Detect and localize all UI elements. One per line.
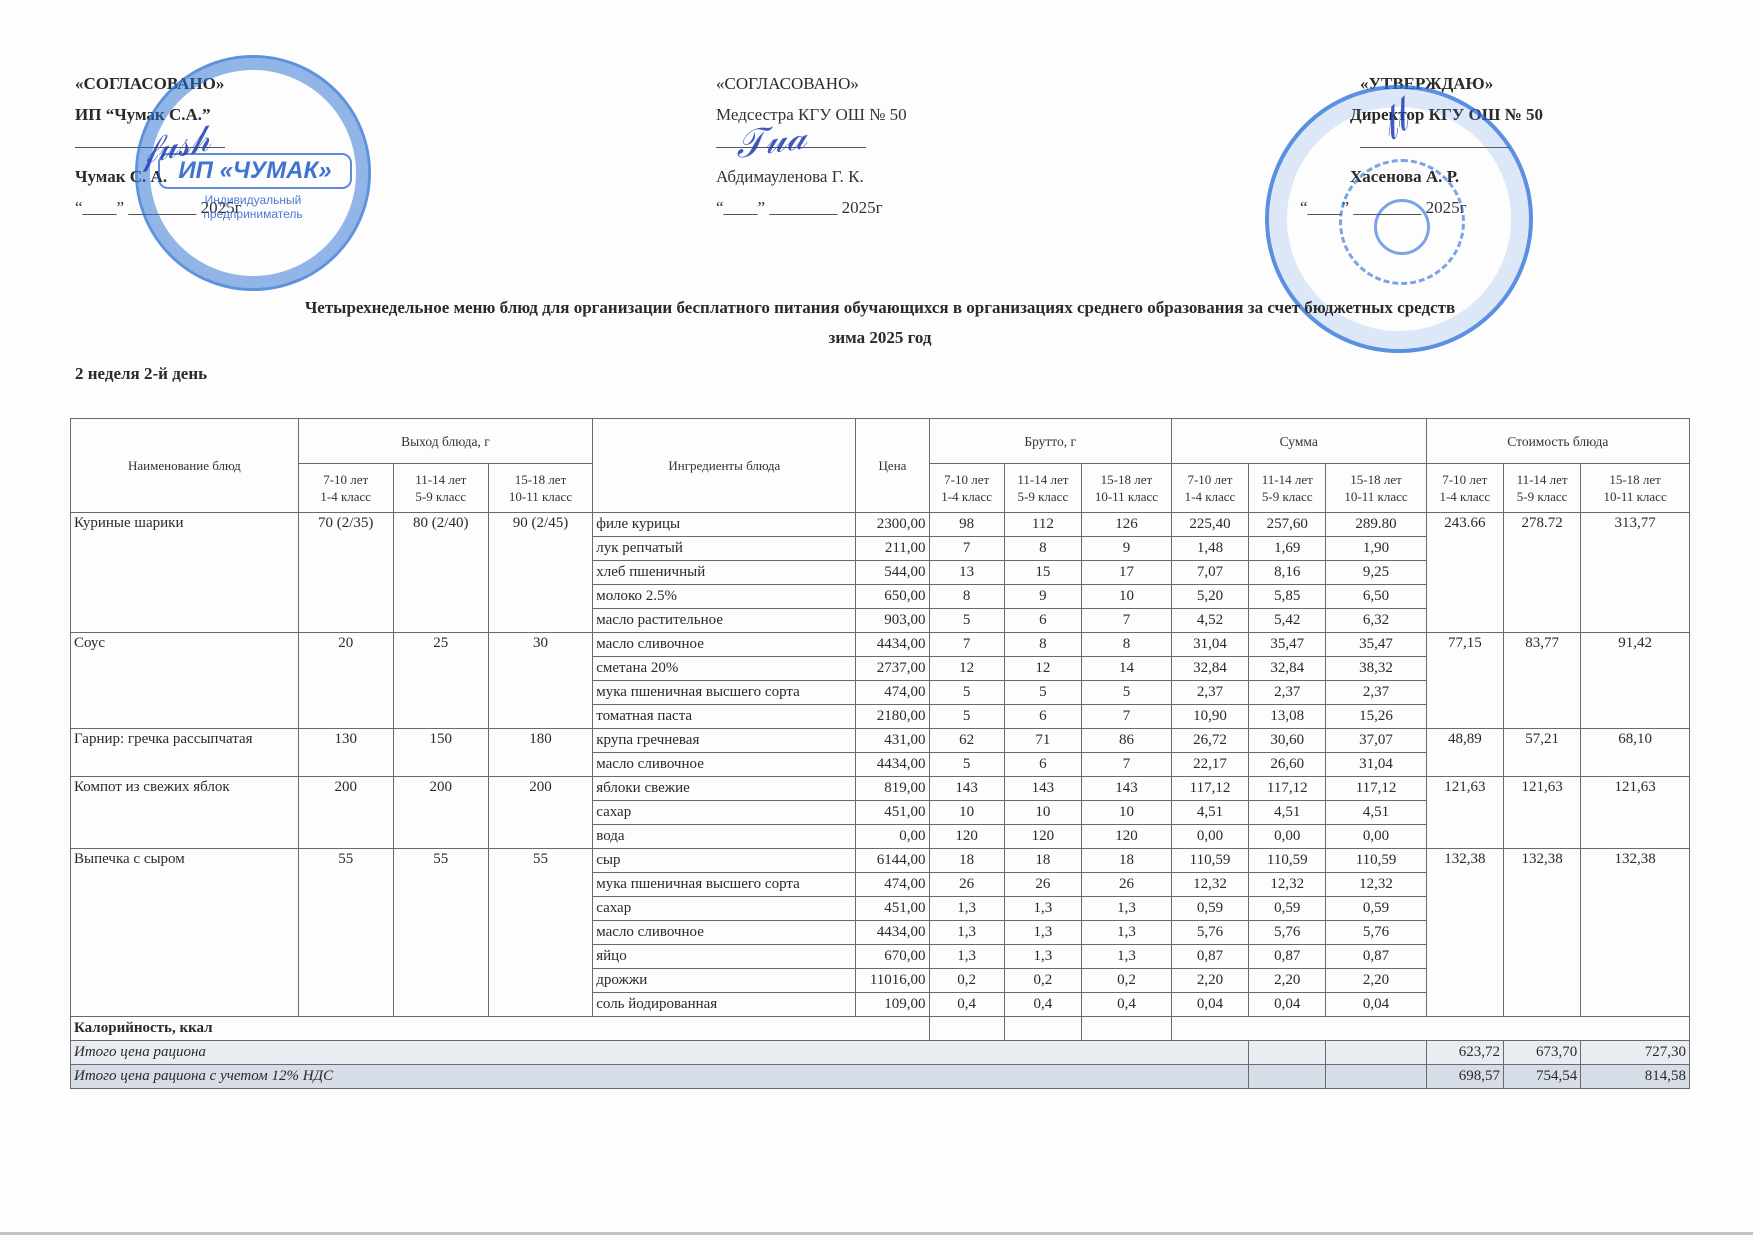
header-dish: Наименование блюд xyxy=(71,419,299,513)
ingredient-sum: 12,32 xyxy=(1171,873,1248,897)
table-row: Выпечка с сыром555555сыр6144,00181818110… xyxy=(71,849,1690,873)
ingredient-gross: 12 xyxy=(1004,657,1081,681)
ingredient-sum: 2,37 xyxy=(1171,681,1248,705)
ingredient-sum: 1,69 xyxy=(1249,537,1326,561)
calories-empty xyxy=(1171,1017,1689,1041)
ingredient-sum: 4,51 xyxy=(1171,801,1248,825)
approval-org: Медсестра КГУ ОШ № 50 xyxy=(716,99,907,130)
ingredient-name: томатная паста xyxy=(593,705,856,729)
ingredient-gross: 9 xyxy=(1004,585,1081,609)
dish-cost: 77,15 xyxy=(1426,633,1503,729)
ingredient-sum: 0,87 xyxy=(1249,945,1326,969)
ingredient-sum: 1,90 xyxy=(1326,537,1426,561)
header-gross-age-2: 11-14 лет5-9 класс xyxy=(1004,464,1081,513)
ingredient-sum: 110,59 xyxy=(1326,849,1426,873)
ingredient-sum: 0,00 xyxy=(1326,825,1426,849)
ingredient-gross: 1,3 xyxy=(1082,897,1172,921)
ingredient-gross: 18 xyxy=(1004,849,1081,873)
dish-yield: 130 xyxy=(298,729,393,777)
total-value: 673,70 xyxy=(1503,1041,1580,1065)
ingredient-gross: 26 xyxy=(1082,873,1172,897)
ingredient-price: 650,00 xyxy=(856,585,929,609)
ingredient-gross: 143 xyxy=(1004,777,1081,801)
total-empty xyxy=(1326,1041,1426,1065)
ingredient-sum: 117,12 xyxy=(1171,777,1248,801)
ingredient-sum: 0,59 xyxy=(1249,897,1326,921)
ingredient-name: сметана 20% xyxy=(593,657,856,681)
ingredient-name: молоко 2.5% xyxy=(593,585,856,609)
dish-yield: 150 xyxy=(393,729,488,777)
ingredient-price: 544,00 xyxy=(856,561,929,585)
ingredient-sum: 6,32 xyxy=(1326,609,1426,633)
header-gross: Брутто, г xyxy=(929,419,1171,464)
ingredient-gross: 8 xyxy=(1004,633,1081,657)
ingredient-gross: 1,3 xyxy=(1004,945,1081,969)
ingredient-sum: 8,16 xyxy=(1249,561,1326,585)
dish-yield: 90 (2/45) xyxy=(488,513,592,633)
dish-yield: 80 (2/40) xyxy=(393,513,488,633)
total-row: Итого цена рациона623,72673,70727,30 xyxy=(71,1041,1690,1065)
ingredient-gross: 8 xyxy=(1004,537,1081,561)
total-value: 727,30 xyxy=(1581,1041,1690,1065)
approval-date: “____” ________ 2025г xyxy=(716,192,907,223)
approval-org: ИП “Чумак С.А.” xyxy=(75,99,242,130)
ingredient-gross: 1,3 xyxy=(1004,897,1081,921)
dish-yield: 200 xyxy=(298,777,393,849)
ingredient-sum: 12,32 xyxy=(1249,873,1326,897)
ingredient-name: масло растительное xyxy=(593,609,856,633)
ingredient-sum: 35,47 xyxy=(1249,633,1326,657)
age-label: 11-14 лет xyxy=(1252,471,1322,488)
dish-cost: 132,38 xyxy=(1503,849,1580,1017)
table-row: Соус202530масло сливочное4434,0078831,04… xyxy=(71,633,1690,657)
ingredient-name: вода xyxy=(593,825,856,849)
grade-label: 10-11 класс xyxy=(1584,488,1686,505)
ingredient-sum: 5,85 xyxy=(1249,585,1326,609)
dish-name: Выпечка с сыром xyxy=(71,849,299,1017)
ingredient-gross: 10 xyxy=(1004,801,1081,825)
ingredient-gross: 1,3 xyxy=(1082,945,1172,969)
age-label: 15-18 лет xyxy=(1329,471,1422,488)
ingredient-gross: 7 xyxy=(929,537,1004,561)
ingredient-price: 4434,00 xyxy=(856,753,929,777)
ingredient-price: 451,00 xyxy=(856,897,929,921)
ingredient-gross: 5 xyxy=(1082,681,1172,705)
ingredient-sum: 22,17 xyxy=(1171,753,1248,777)
header-yield-age-2: 11-14 лет5-9 класс xyxy=(393,464,488,513)
total-label: Итого цена рациона xyxy=(71,1041,1249,1065)
ingredient-sum: 5,42 xyxy=(1249,609,1326,633)
ingredient-gross: 143 xyxy=(929,777,1004,801)
ingredient-sum: 117,12 xyxy=(1249,777,1326,801)
approval-block-middle: «СОГЛАСОВАНО» Медсестра КГУ ОШ № 50 Абди… xyxy=(716,68,907,223)
ingredient-sum: 31,04 xyxy=(1326,753,1426,777)
ingredient-gross: 18 xyxy=(929,849,1004,873)
total-vat-row: Итого цена рациона с учетом 12% НДС698,5… xyxy=(71,1065,1690,1089)
header-cost-age-3: 15-18 лет10-11 класс xyxy=(1581,464,1690,513)
header-cost: Стоимость блюда xyxy=(1426,419,1689,464)
dish-cost: 68,10 xyxy=(1581,729,1690,777)
ingredient-gross: 5 xyxy=(929,609,1004,633)
ingredient-price: 2737,00 xyxy=(856,657,929,681)
ingredient-gross: 5 xyxy=(929,753,1004,777)
ingredient-sum: 2,37 xyxy=(1249,681,1326,705)
ingredient-gross: 5 xyxy=(1004,681,1081,705)
dish-yield: 30 xyxy=(488,633,592,729)
header-yield-age-3: 15-18 лет10-11 класс xyxy=(488,464,592,513)
title-line-2: зима 2025 год xyxy=(70,323,1690,353)
ingredient-price: 431,00 xyxy=(856,729,929,753)
ingredient-gross: 126 xyxy=(1082,513,1172,537)
ingredient-price: 109,00 xyxy=(856,993,929,1017)
dish-cost: 132,38 xyxy=(1581,849,1690,1017)
ingredient-gross: 1,3 xyxy=(929,897,1004,921)
ingredient-sum: 2,20 xyxy=(1249,969,1326,993)
signature-line xyxy=(716,146,866,148)
ingredient-price: 451,00 xyxy=(856,801,929,825)
ingredient-name: хлеб пшеничный xyxy=(593,561,856,585)
ingredient-gross: 98 xyxy=(929,513,1004,537)
header-yield-age-1: 7-10 лет1-4 класс xyxy=(298,464,393,513)
dish-yield: 55 xyxy=(393,849,488,1017)
ingredient-name: мука пшеничная высшего сорта xyxy=(593,681,856,705)
table-row: Гарнир: гречка рассыпчатая130150180крупа… xyxy=(71,729,1690,753)
ingredient-sum: 9,25 xyxy=(1326,561,1426,585)
dish-cost: 91,42 xyxy=(1581,633,1690,729)
dish-yield: 20 xyxy=(298,633,393,729)
calories-value xyxy=(929,1017,1004,1041)
menu-table: Наименование блюд Выход блюда, г Ингреди… xyxy=(70,418,1690,1089)
total-vat-label: Итого цена рациона с учетом 12% НДС xyxy=(71,1065,1249,1089)
ingredient-name: масло сливочное xyxy=(593,921,856,945)
ingredient-gross: 14 xyxy=(1082,657,1172,681)
approval-heading: «СОГЛАСОВАНО» xyxy=(75,68,242,99)
header-cost-age-2: 11-14 лет5-9 класс xyxy=(1503,464,1580,513)
ingredient-price: 474,00 xyxy=(856,681,929,705)
grade-label: 5-9 класс xyxy=(1507,488,1577,505)
grade-label: 5-9 класс xyxy=(397,488,485,505)
ingredient-gross: 26 xyxy=(1004,873,1081,897)
age-label: 15-18 лет xyxy=(492,471,589,488)
ingredient-price: 4434,00 xyxy=(856,921,929,945)
approval-name: Абдимауленова Г. К. xyxy=(716,161,907,192)
ingredient-gross: 6 xyxy=(1004,705,1081,729)
ingredient-sum: 5,20 xyxy=(1171,585,1248,609)
approval-block-left: «СОГЛАСОВАНО» ИП “Чумак С.А.” Чумак С. А… xyxy=(75,68,242,223)
grade-label: 1-4 класс xyxy=(302,488,390,505)
ingredient-sum: 12,32 xyxy=(1326,873,1426,897)
ingredient-sum: 5,76 xyxy=(1326,921,1426,945)
ingredient-sum: 26,60 xyxy=(1249,753,1326,777)
ingredient-gross: 143 xyxy=(1082,777,1172,801)
ingredient-price: 819,00 xyxy=(856,777,929,801)
dish-yield: 25 xyxy=(393,633,488,729)
ingredient-sum: 32,84 xyxy=(1249,657,1326,681)
ingredient-gross: 6 xyxy=(1004,609,1081,633)
grade-label: 1-4 класс xyxy=(933,488,1001,505)
ingredient-sum: 32,84 xyxy=(1171,657,1248,681)
ingredient-sum: 4,51 xyxy=(1249,801,1326,825)
ingredient-sum: 289.80 xyxy=(1326,513,1426,537)
ingredient-sum: 110,59 xyxy=(1249,849,1326,873)
calories-label: Калорийность, ккал xyxy=(71,1017,930,1041)
ingredient-name: масло сливочное xyxy=(593,753,856,777)
table-row: Компот из свежих яблок200200200яблоки св… xyxy=(71,777,1690,801)
ingredient-gross: 10 xyxy=(929,801,1004,825)
grade-label: 1-4 класс xyxy=(1175,488,1245,505)
age-label: 11-14 лет xyxy=(1008,471,1078,488)
signature-line xyxy=(75,146,225,148)
ingredient-gross: 120 xyxy=(1004,825,1081,849)
ingredient-sum: 5,76 xyxy=(1249,921,1326,945)
grade-label: 5-9 класс xyxy=(1008,488,1078,505)
dish-name: Гарнир: гречка рассыпчатая xyxy=(71,729,299,777)
ingredient-gross: 120 xyxy=(929,825,1004,849)
header-sum: Сумма xyxy=(1171,419,1426,464)
ingredient-gross: 7 xyxy=(1082,609,1172,633)
ingredient-sum: 0,59 xyxy=(1171,897,1248,921)
grade-label: 10-11 класс xyxy=(1329,488,1422,505)
ingredient-gross: 5 xyxy=(929,705,1004,729)
dish-name: Компот из свежих яблок xyxy=(71,777,299,849)
ingredient-sum: 0,87 xyxy=(1326,945,1426,969)
page-bottom-edge xyxy=(0,1232,1753,1235)
ingredient-name: соль йодированная xyxy=(593,993,856,1017)
dish-name: Куриные шарики xyxy=(71,513,299,633)
total-vat-value: 754,54 xyxy=(1503,1065,1580,1089)
dish-yield: 55 xyxy=(488,849,592,1017)
dish-cost: 313,77 xyxy=(1581,513,1690,633)
header-gross-age-3: 15-18 лет10-11 класс xyxy=(1082,464,1172,513)
ingredient-gross: 0,4 xyxy=(1004,993,1081,1017)
ingredient-sum: 37,07 xyxy=(1326,729,1426,753)
ingredient-sum: 31,04 xyxy=(1171,633,1248,657)
ingredient-sum: 7,07 xyxy=(1171,561,1248,585)
ingredient-name: мука пшеничная высшего сорта xyxy=(593,873,856,897)
dish-name: Соус xyxy=(71,633,299,729)
ingredient-name: яйцо xyxy=(593,945,856,969)
ingredient-price: 6144,00 xyxy=(856,849,929,873)
ingredient-price: 2300,00 xyxy=(856,513,929,537)
ingredient-sum: 0,04 xyxy=(1326,993,1426,1017)
age-label: 15-18 лет xyxy=(1085,471,1168,488)
approval-date: “____” ________ 2025г xyxy=(75,192,242,223)
age-label: 11-14 лет xyxy=(397,471,485,488)
ingredient-price: 11016,00 xyxy=(856,969,929,993)
ingredient-sum: 0,00 xyxy=(1171,825,1248,849)
dish-cost: 121,63 xyxy=(1581,777,1690,849)
header-ingredients: Ингредиенты блюда xyxy=(593,419,856,513)
week-day-label: 2 неделя 2-й день xyxy=(75,364,207,384)
ingredient-sum: 5,76 xyxy=(1171,921,1248,945)
header-sum-age-3: 15-18 лет10-11 класс xyxy=(1326,464,1426,513)
ingredient-sum: 30,60 xyxy=(1249,729,1326,753)
dish-cost: 243.66 xyxy=(1426,513,1503,633)
age-label: 15-18 лет xyxy=(1584,471,1686,488)
grade-label: 1-4 класс xyxy=(1430,488,1500,505)
ingredient-price: 2180,00 xyxy=(856,705,929,729)
header-cost-age-1: 7-10 лет1-4 класс xyxy=(1426,464,1503,513)
ingredient-sum: 35,47 xyxy=(1326,633,1426,657)
ingredient-sum: 2,20 xyxy=(1171,969,1248,993)
ingredient-name: масло сливочное xyxy=(593,633,856,657)
dish-yield: 70 (2/35) xyxy=(298,513,393,633)
grade-label: 5-9 класс xyxy=(1252,488,1322,505)
ingredient-price: 903,00 xyxy=(856,609,929,633)
dish-yield: 200 xyxy=(393,777,488,849)
ingredient-gross: 120 xyxy=(1082,825,1172,849)
dish-cost: 48,89 xyxy=(1426,729,1503,777)
approval-date: “____” ________ 2025г xyxy=(1300,192,1543,223)
ingredient-gross: 71 xyxy=(1004,729,1081,753)
calories-value xyxy=(1082,1017,1172,1041)
ingredient-gross: 6 xyxy=(1004,753,1081,777)
ingredient-gross: 112 xyxy=(1004,513,1081,537)
ingredient-gross: 10 xyxy=(1082,801,1172,825)
calories-row: Калорийность, ккал xyxy=(71,1017,1690,1041)
ingredient-price: 4434,00 xyxy=(856,633,929,657)
ingredient-sum: 15,26 xyxy=(1326,705,1426,729)
header-price: Цена xyxy=(856,419,929,513)
header-row-groups: Наименование блюд Выход блюда, г Ингреди… xyxy=(71,419,1690,464)
age-label: 7-10 лет xyxy=(302,471,390,488)
age-label: 7-10 лет xyxy=(1175,471,1245,488)
dish-cost: 121,63 xyxy=(1426,777,1503,849)
ingredient-sum: 1,48 xyxy=(1171,537,1248,561)
ingredient-sum: 26,72 xyxy=(1171,729,1248,753)
ingredient-gross: 26 xyxy=(929,873,1004,897)
total-value: 623,72 xyxy=(1426,1041,1503,1065)
ingredient-gross: 1,3 xyxy=(929,945,1004,969)
ingredient-gross: 7 xyxy=(929,633,1004,657)
ingredient-gross: 10 xyxy=(1082,585,1172,609)
grade-label: 10-11 класс xyxy=(1085,488,1168,505)
ingredient-gross: 18 xyxy=(1082,849,1172,873)
approval-org: Директор КГУ ОШ № 50 xyxy=(1350,99,1543,130)
ingredient-gross: 9 xyxy=(1082,537,1172,561)
header-sum-age-2: 11-14 лет5-9 класс xyxy=(1249,464,1326,513)
ingredient-sum: 0,87 xyxy=(1171,945,1248,969)
grade-label: 10-11 класс xyxy=(492,488,589,505)
ingredient-gross: 0,2 xyxy=(1082,969,1172,993)
age-label: 7-10 лет xyxy=(1430,471,1500,488)
approval-block-right: «УТВЕРЖДАЮ» Директор КГУ ОШ № 50 Хасенов… xyxy=(1360,68,1543,223)
total-vat-value: 814,58 xyxy=(1581,1065,1690,1089)
ingredient-sum: 0,04 xyxy=(1249,993,1326,1017)
total-empty xyxy=(1326,1065,1426,1089)
ingredient-sum: 117,12 xyxy=(1326,777,1426,801)
dish-cost: 132,38 xyxy=(1426,849,1503,1017)
ingredient-sum: 110,59 xyxy=(1171,849,1248,873)
ingredient-sum: 257,60 xyxy=(1249,513,1326,537)
ingredient-gross: 5 xyxy=(929,681,1004,705)
ingredient-name: крупа гречневая xyxy=(593,729,856,753)
total-empty xyxy=(1249,1041,1326,1065)
ingredient-sum: 2,20 xyxy=(1326,969,1426,993)
ingredient-name: дрожжи xyxy=(593,969,856,993)
age-label: 7-10 лет xyxy=(933,471,1001,488)
ingredient-gross: 62 xyxy=(929,729,1004,753)
approval-name: Хасенова А. Р. xyxy=(1350,161,1543,192)
title-line-1: Четырехнедельное меню блюд для организац… xyxy=(70,293,1690,323)
approval-heading: «СОГЛАСОВАНО» xyxy=(716,68,907,99)
ingredient-sum: 4,52 xyxy=(1171,609,1248,633)
header-yield: Выход блюда, г xyxy=(298,419,593,464)
ingredient-name: сахар xyxy=(593,897,856,921)
ingredient-gross: 1,3 xyxy=(1082,921,1172,945)
ingredient-sum: 0,04 xyxy=(1171,993,1248,1017)
ingredient-gross: 17 xyxy=(1082,561,1172,585)
signature-line xyxy=(1360,146,1510,148)
ingredient-name: сыр xyxy=(593,849,856,873)
ingredient-price: 474,00 xyxy=(856,873,929,897)
ingredient-sum: 225,40 xyxy=(1171,513,1248,537)
age-label: 11-14 лет xyxy=(1507,471,1577,488)
ingredient-name: филе курицы xyxy=(593,513,856,537)
ingredient-gross: 7 xyxy=(1082,705,1172,729)
dish-yield: 55 xyxy=(298,849,393,1017)
ingredient-sum: 13,08 xyxy=(1249,705,1326,729)
ingredient-gross: 12 xyxy=(929,657,1004,681)
total-vat-value: 698,57 xyxy=(1426,1065,1503,1089)
approval-name: Чумак С. А. xyxy=(75,161,242,192)
ingredient-sum: 4,51 xyxy=(1326,801,1426,825)
dish-yield: 200 xyxy=(488,777,592,849)
ingredient-price: 211,00 xyxy=(856,537,929,561)
ingredient-name: сахар xyxy=(593,801,856,825)
ingredient-gross: 8 xyxy=(1082,633,1172,657)
ingredient-gross: 0,4 xyxy=(1082,993,1172,1017)
ingredient-gross: 86 xyxy=(1082,729,1172,753)
header-gross-age-1: 7-10 лет1-4 класс xyxy=(929,464,1004,513)
ingredient-gross: 0,4 xyxy=(929,993,1004,1017)
ingredient-name: яблоки свежие xyxy=(593,777,856,801)
table-row: Куриные шарики70 (2/35)80 (2/40)90 (2/45… xyxy=(71,513,1690,537)
ingredient-gross: 0,2 xyxy=(929,969,1004,993)
dish-cost: 57,21 xyxy=(1503,729,1580,777)
dish-yield: 180 xyxy=(488,729,592,777)
ingredient-sum: 0,59 xyxy=(1326,897,1426,921)
header-sum-age-1: 7-10 лет1-4 класс xyxy=(1171,464,1248,513)
ingredient-sum: 6,50 xyxy=(1326,585,1426,609)
ingredient-name: лук репчатый xyxy=(593,537,856,561)
ingredient-sum: 0,00 xyxy=(1249,825,1326,849)
ingredient-gross: 7 xyxy=(1082,753,1172,777)
dish-cost: 83,77 xyxy=(1503,633,1580,729)
ingredient-gross: 1,3 xyxy=(929,921,1004,945)
approval-heading: «УТВЕРЖДАЮ» xyxy=(1360,68,1543,99)
ingredient-price: 0,00 xyxy=(856,825,929,849)
ingredient-gross: 0,2 xyxy=(1004,969,1081,993)
ingredient-sum: 38,32 xyxy=(1326,657,1426,681)
ingredient-price: 670,00 xyxy=(856,945,929,969)
calories-value xyxy=(1004,1017,1081,1041)
document-title: Четырехнедельное меню блюд для организац… xyxy=(70,293,1690,353)
ingredient-gross: 15 xyxy=(1004,561,1081,585)
dish-cost: 121,63 xyxy=(1503,777,1580,849)
dish-cost: 278.72 xyxy=(1503,513,1580,633)
ingredient-gross: 8 xyxy=(929,585,1004,609)
total-empty xyxy=(1249,1065,1326,1089)
ingredient-gross: 13 xyxy=(929,561,1004,585)
ingredient-gross: 1,3 xyxy=(1004,921,1081,945)
ingredient-sum: 10,90 xyxy=(1171,705,1248,729)
ingredient-sum: 2,37 xyxy=(1326,681,1426,705)
